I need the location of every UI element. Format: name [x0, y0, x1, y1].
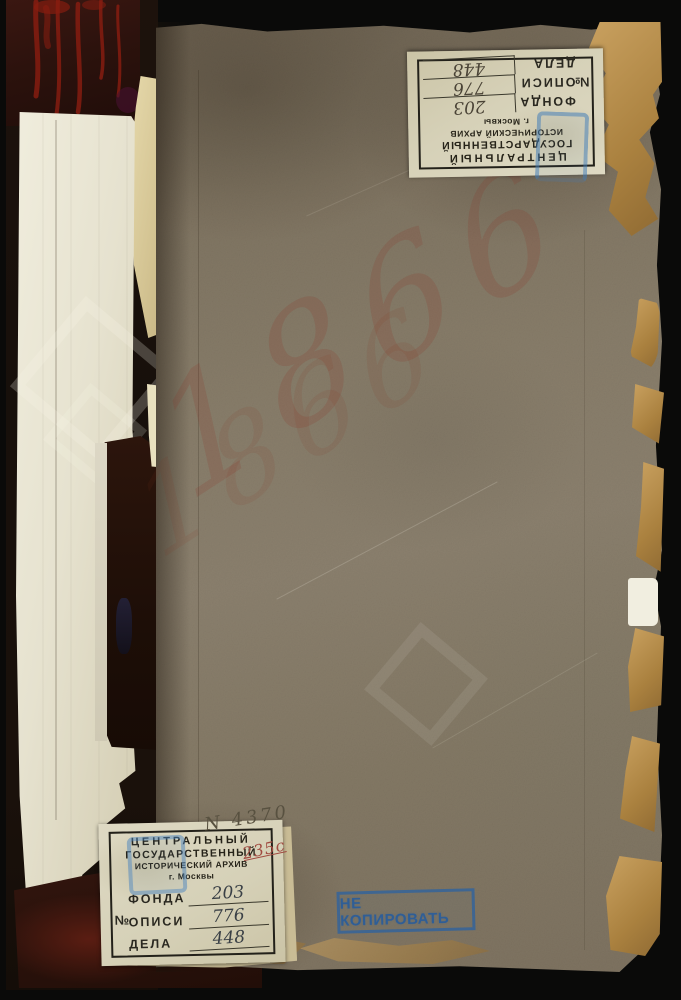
worn-edge — [606, 856, 662, 956]
field-row: ОПИСИ 776 — [128, 907, 268, 929]
archive-scan-page: 1866 1866 ЦЕНТРАЛЬНЫЙ ГОСУДАРСТВЕННЫЙ ИС… — [0, 0, 681, 1000]
ink-blotch — [116, 598, 132, 654]
number-sign: № — [575, 74, 590, 89]
blue-stamp-fragment — [127, 835, 188, 896]
field-label: ОПИСИ — [521, 74, 575, 89]
label-fields: № ФОНДА 203 ОПИСИ 776 ДЕЛА 448 — [423, 55, 588, 115]
spine-leather-mid — [100, 436, 158, 750]
paper-sliver — [95, 443, 107, 741]
field-label: ДЕЛА — [521, 55, 575, 70]
field-label: ОПИСИ — [128, 914, 182, 929]
red-wax-drips — [6, 0, 140, 128]
field-value: 203 — [188, 883, 269, 907]
cover-crease — [198, 70, 199, 950]
field-row: ДЕЛА 448 — [423, 55, 575, 77]
number-sign: № — [114, 913, 129, 928]
field-row: ДЕЛА 448 — [129, 929, 269, 951]
field-label: ФОНДА — [522, 93, 576, 108]
cover-crease — [584, 230, 585, 950]
field-value: 448 — [189, 928, 270, 952]
exposed-paper-notch — [628, 578, 658, 626]
no-copy-stamp: НЕ КОПИРОВАТЬ — [336, 888, 475, 934]
field-value: 776 — [188, 906, 269, 930]
field-label: ДЕЛА — [129, 936, 183, 951]
paper-crease — [55, 120, 57, 820]
worn-edge — [628, 628, 664, 712]
blue-stamp-fragment — [535, 111, 589, 183]
